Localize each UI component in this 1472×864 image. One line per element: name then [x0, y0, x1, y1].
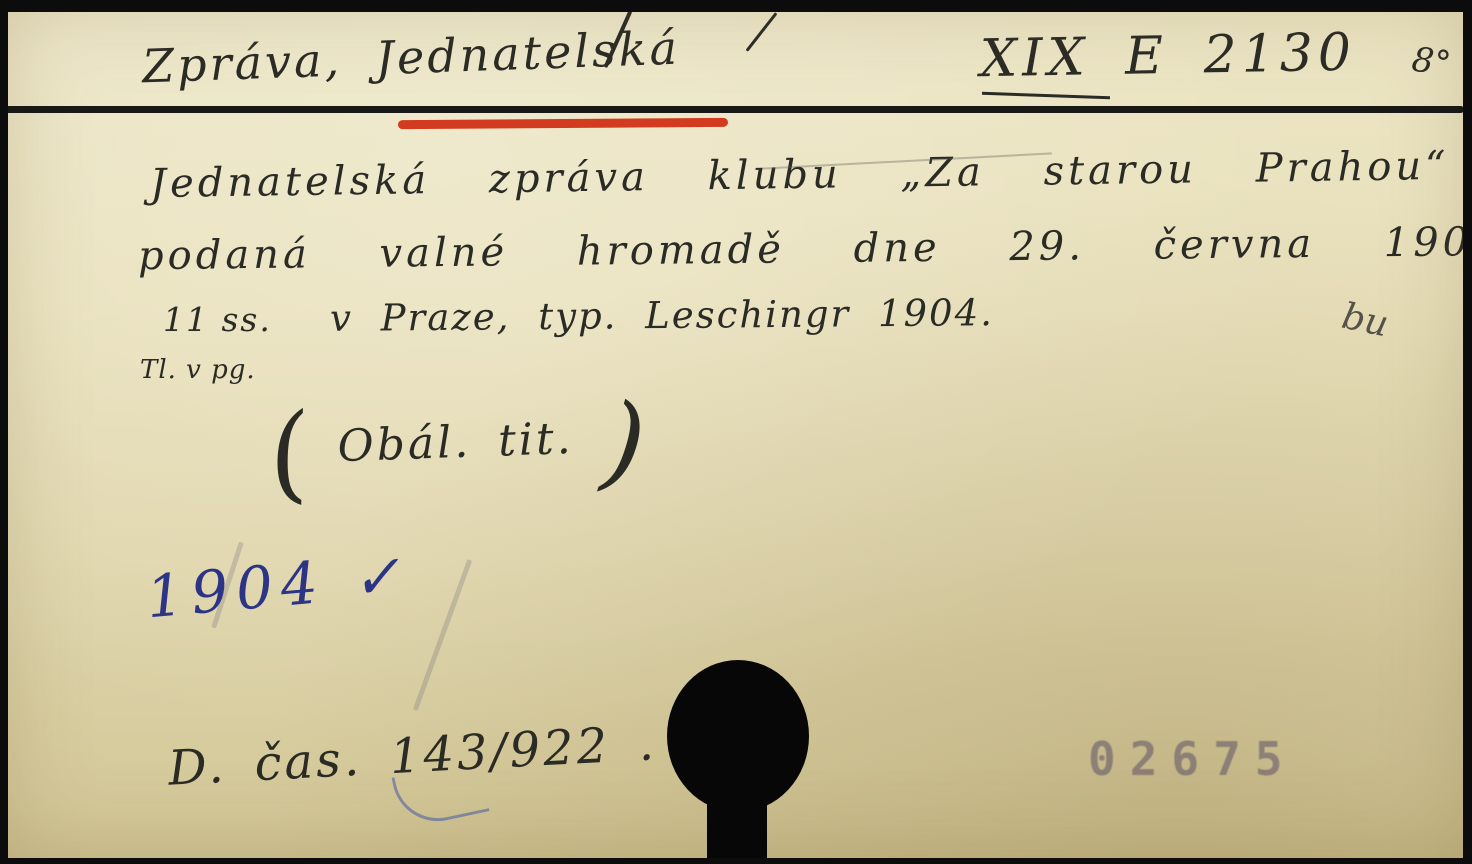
- year-annotation-blue: 1904 ✓: [144, 541, 412, 632]
- close-paren: ): [598, 388, 652, 496]
- body-line-1: Jednatelská zpráva klubu „Za starou Prah…: [150, 143, 1450, 207]
- pen-accent-mark: [746, 12, 778, 52]
- pencil-annotation-right: bu: [1338, 296, 1392, 346]
- scan-edge-bottom: [0, 858, 1472, 864]
- card-heading: Zpráva, Jednatelská: [141, 21, 681, 94]
- scan-edge-left: [0, 0, 8, 864]
- scan-edge-right: [1463, 0, 1472, 864]
- punch-hole-slot: [707, 780, 767, 864]
- catalog-card-scan: Zpráva, Jednatelská XIX E 2130 8° Jednat…: [0, 0, 1472, 864]
- open-paren: (: [260, 399, 321, 509]
- format-designation: 8°: [1409, 40, 1453, 85]
- red-underline: [398, 118, 728, 129]
- imprint-line: v Praze, typ. Leschingr 1904.: [330, 291, 994, 340]
- body-line-2: podaná valné hromadě dne 29. června 1904…: [138, 219, 1472, 279]
- cover-title-note: ( Obál. tit. ): [266, 383, 648, 500]
- cover-note-text: Obál. tit.: [337, 412, 575, 471]
- pencil-ghost-stroke: [413, 559, 472, 711]
- scan-edge-top: [0, 0, 1472, 12]
- margin-abbreviation: Tl. v pg.: [140, 355, 256, 385]
- header-rule: [0, 106, 1463, 113]
- shelfmark-underline: [982, 92, 1110, 99]
- pagination-note: 11 ss.: [163, 300, 272, 339]
- accession-stamp: 02675: [1088, 732, 1296, 786]
- shelfmark: XIX E 2130: [980, 23, 1357, 90]
